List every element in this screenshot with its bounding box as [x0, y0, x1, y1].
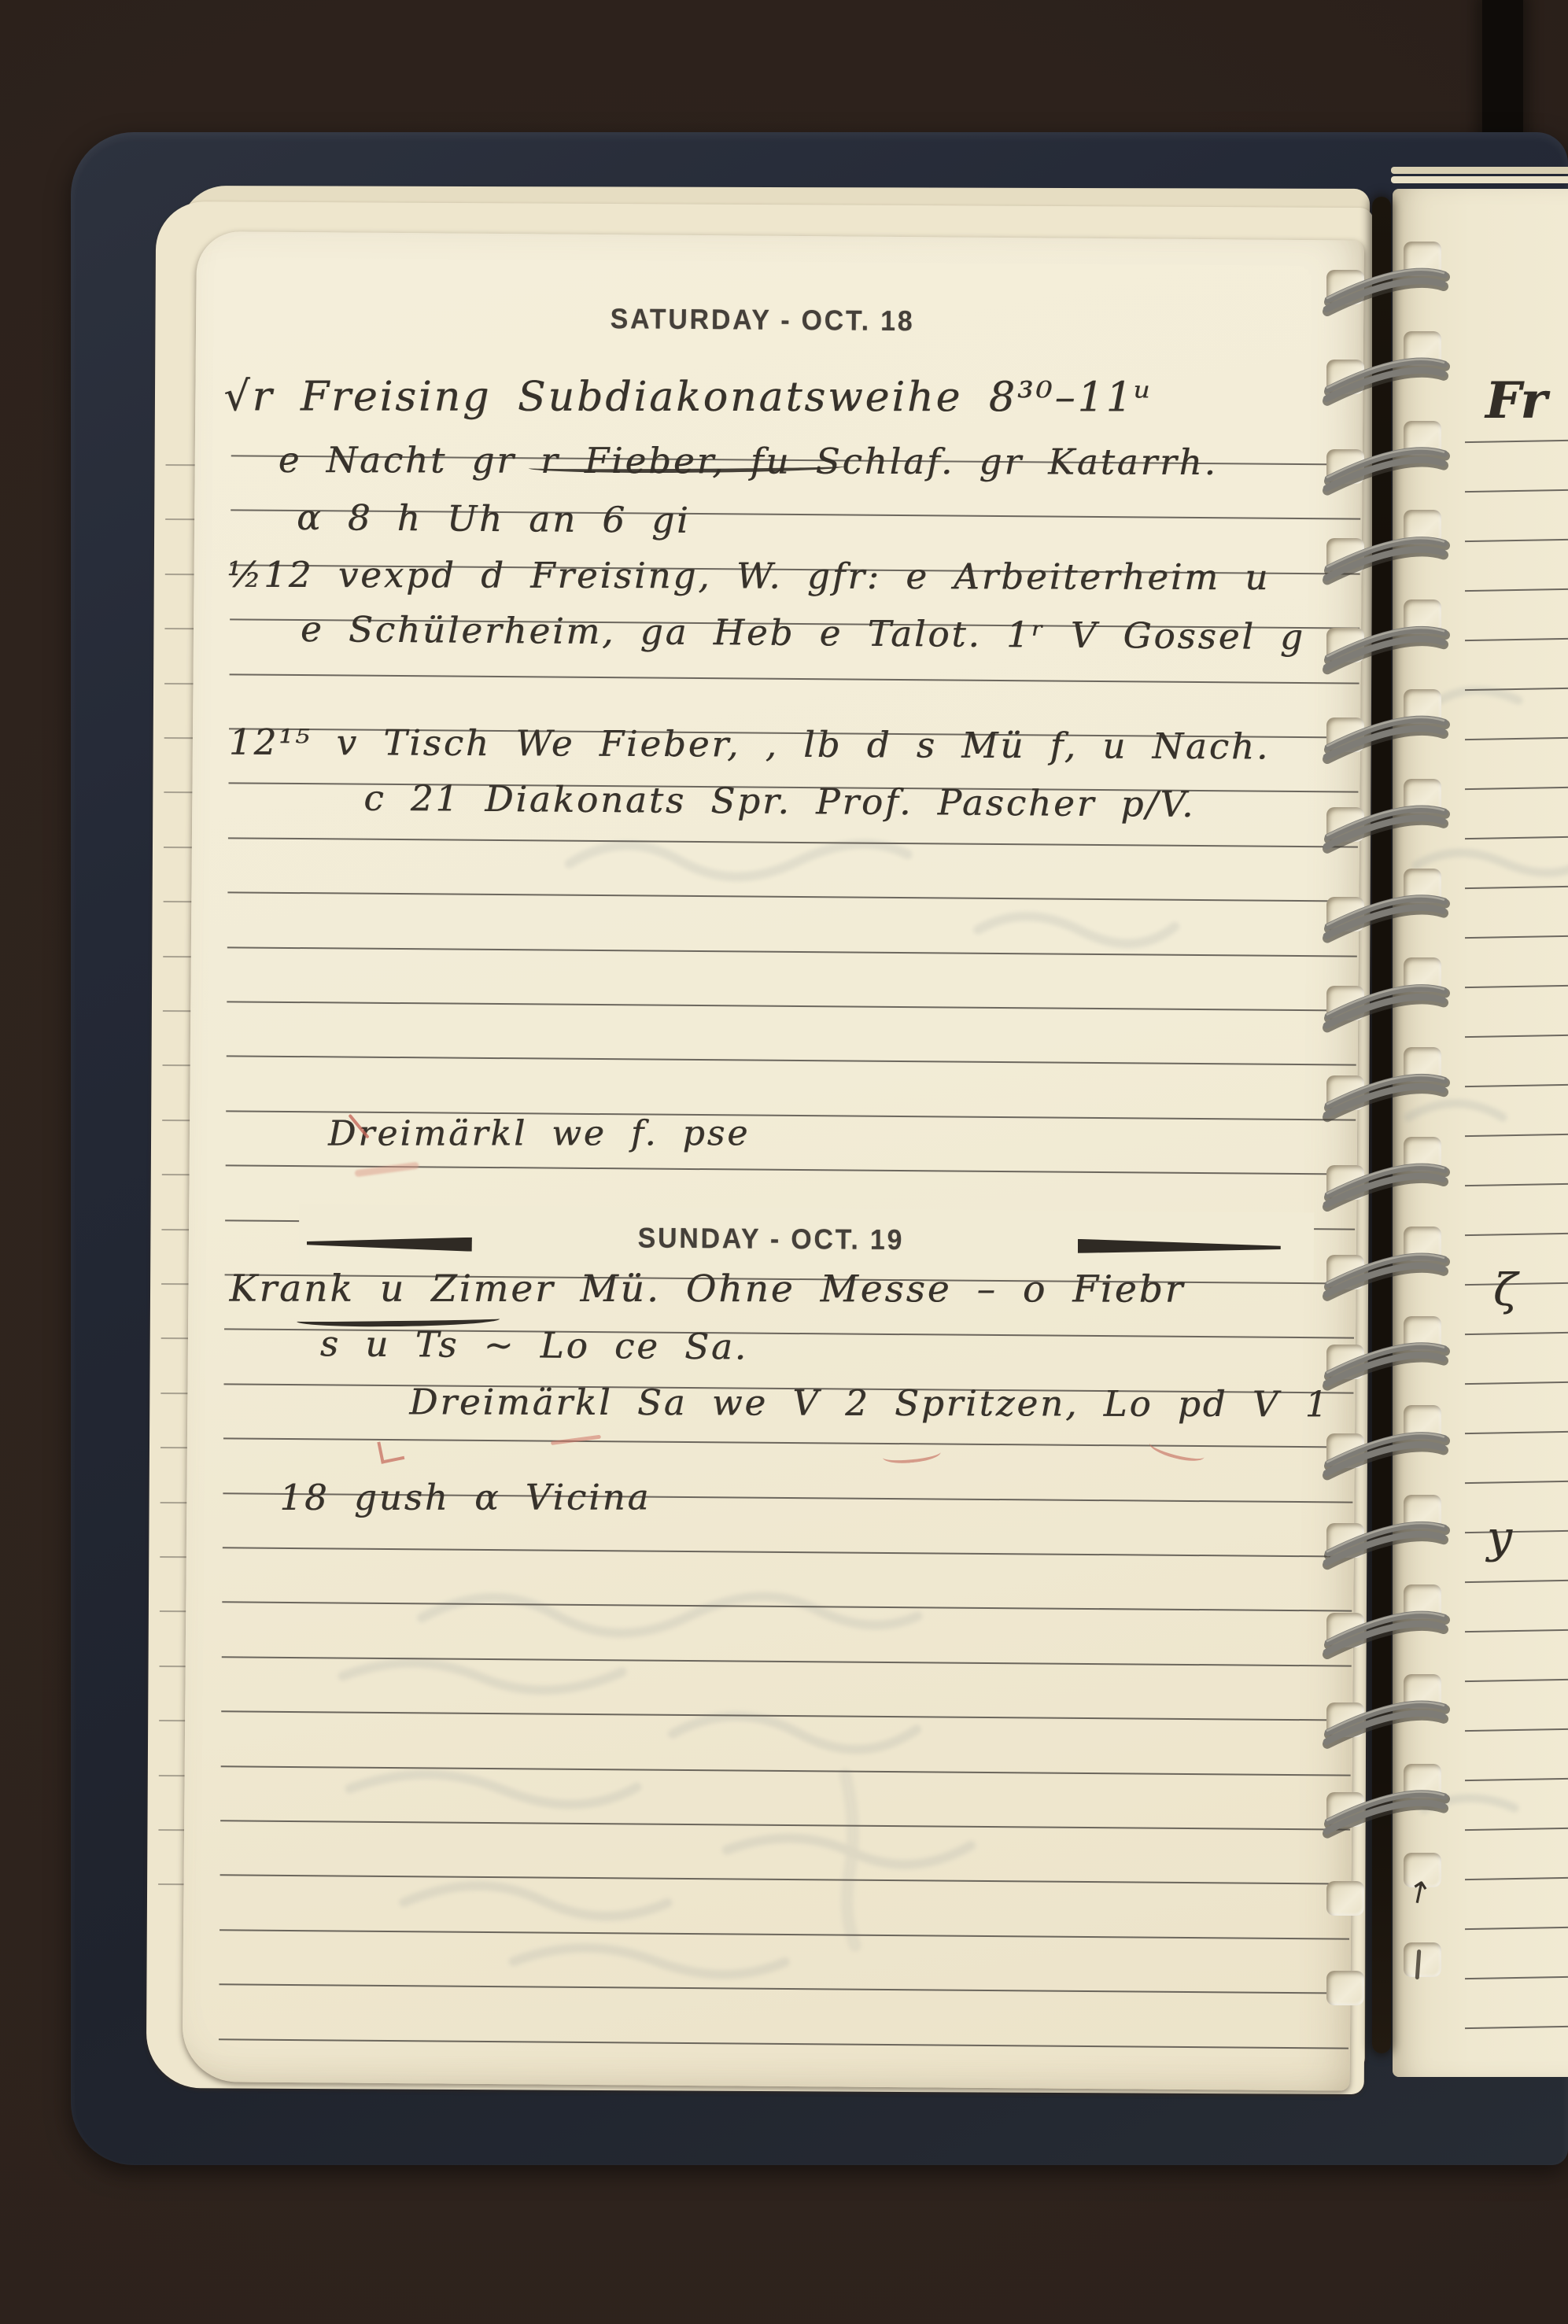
diary-entry: s u Ts ~ Lo ce Sa. — [320, 1322, 749, 1367]
diary-photo: SATURDAY - OCT. 18 SUNDAY - OCT. 19 √r F… — [0, 0, 1568, 2324]
red-pencil-mark — [377, 1437, 404, 1463]
diary-entry: 18 gush α Vicina — [279, 1477, 651, 1518]
saturday-date-header: SATURDAY - OCT. 18 — [481, 301, 1044, 339]
diary-entry: ½12 vexpd d Freising, W. gfr: e Arbeiter… — [227, 554, 1271, 598]
diary-entry: Dreimärkl Sa we V 2 Spritzen, Lo pd V 1 … — [409, 1381, 1364, 1425]
background-shadow-strip — [1482, 0, 1523, 149]
diary-entry: √r Freising Subdiakonatsweihe 8³⁰–11ᵘ — [223, 373, 1153, 421]
right-page-stack-edge — [1391, 176, 1568, 183]
diary-entry: α 8 h Uh an 6 gi — [297, 496, 691, 541]
diary-entry-late-note: Dreimärkl we f. pse — [328, 1113, 750, 1153]
sunday-date-header: SUNDAY - OCT. 19 — [527, 1220, 1016, 1257]
diary-entry: Krank u Zimer Mü. Ohne Messe – o Fiebr — [229, 1267, 1185, 1311]
diary-entry: e Schülerheim, ga Heb e Talot. 1ʳ V Goss… — [301, 608, 1305, 658]
diary-entry: 12¹⁵ v Tisch We Fieber, , lb d s Mü f, u… — [229, 721, 1271, 768]
diary-entry: c 21 Diakonats Spr. Prof. Pascher p/V. — [363, 777, 1195, 825]
spiral-wire-binding — [1290, 220, 1511, 2124]
left-page: SATURDAY - OCT. 18 SUNDAY - OCT. 19 √r F… — [183, 231, 1364, 2091]
right-page-stack-edge — [1391, 167, 1568, 174]
